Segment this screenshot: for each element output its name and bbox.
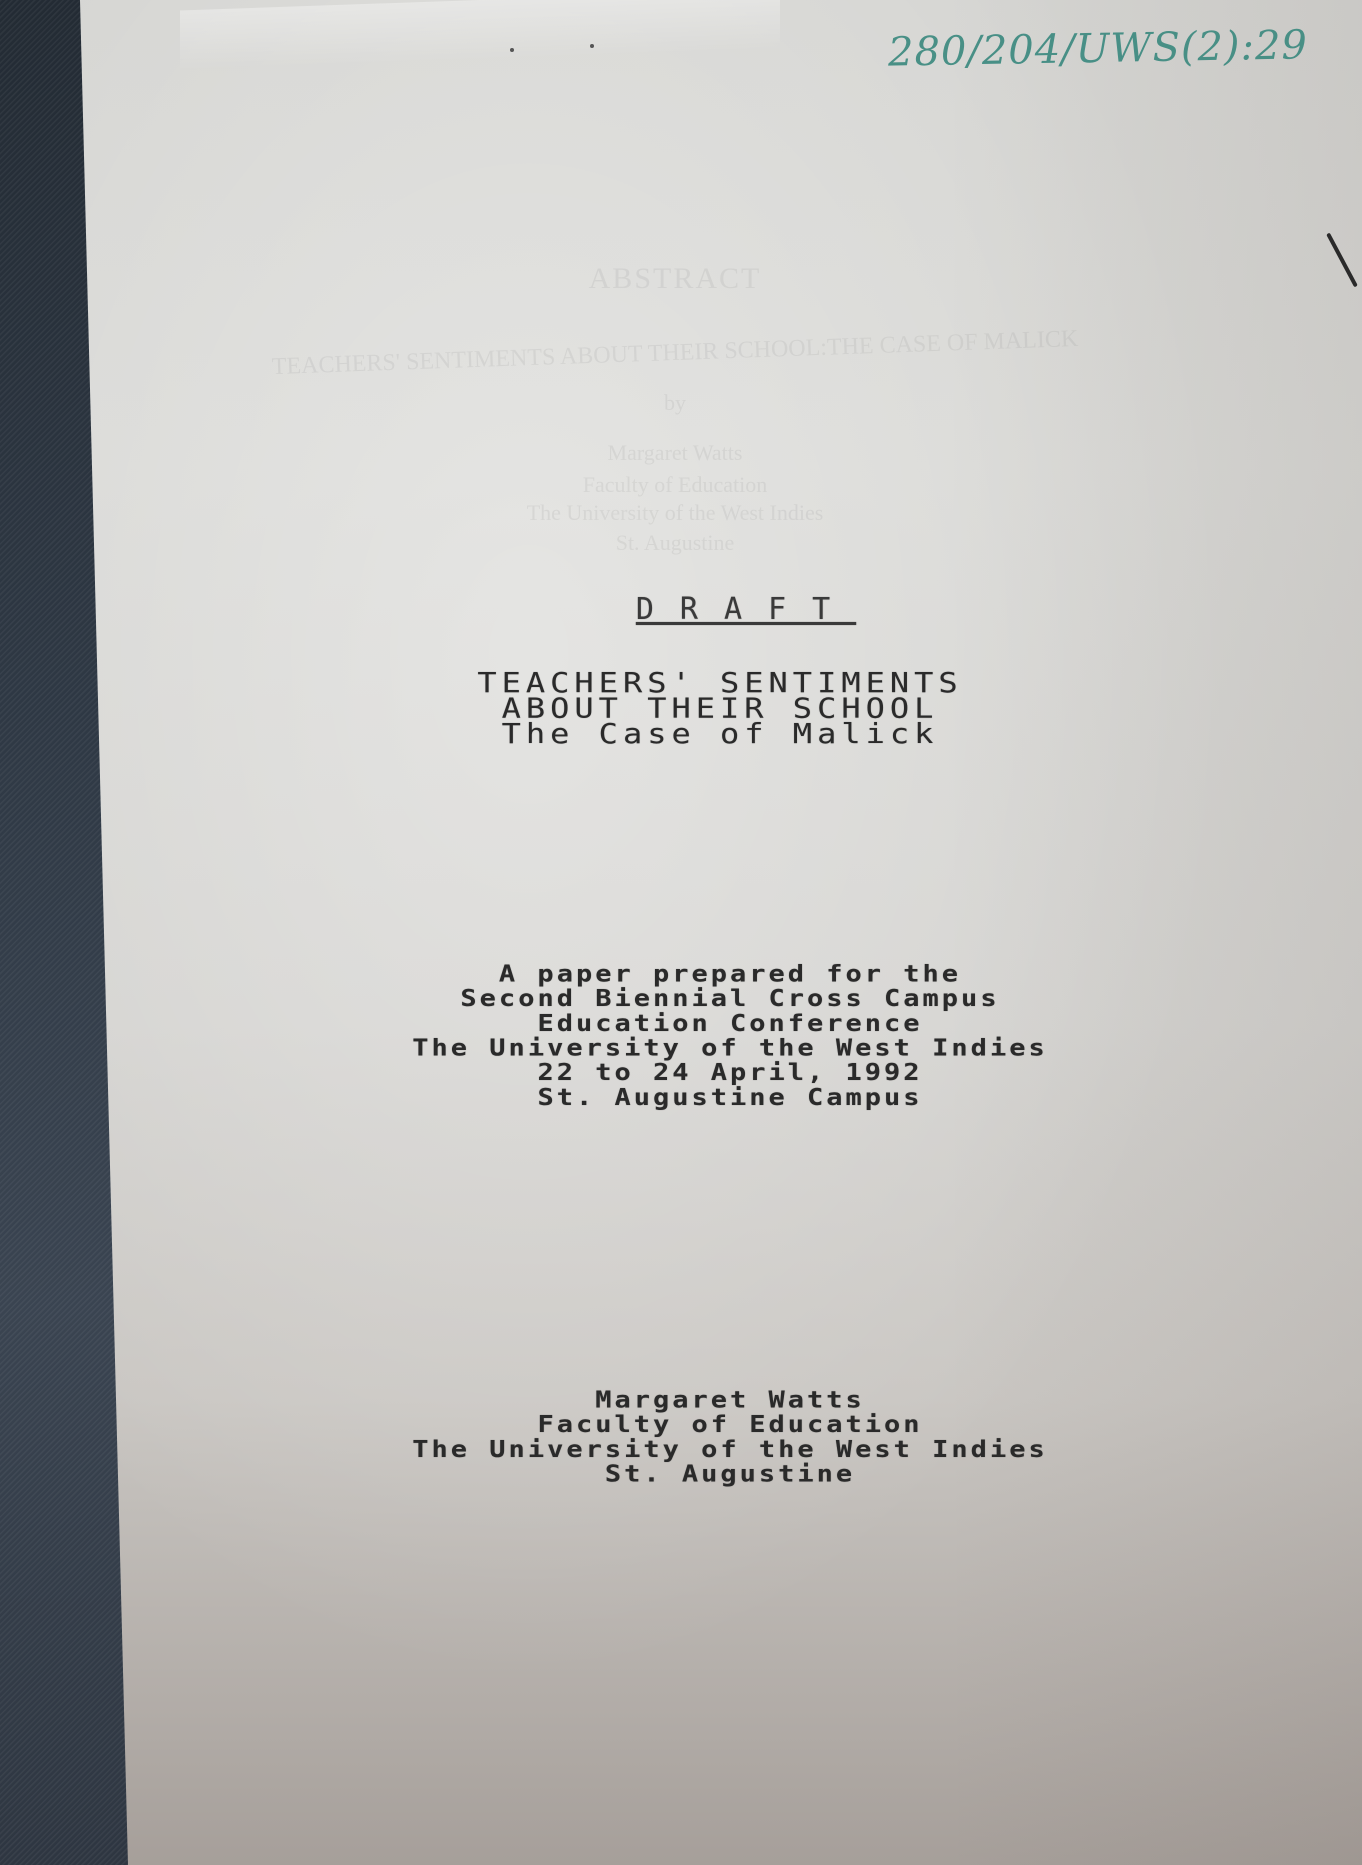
conference-info: A paper prepared for the Second Biennial… [210,962,1250,1110]
author-line: Margaret Watts [210,1388,1250,1413]
author-line: The University of the West Indies [210,1437,1250,1462]
bleedthrough-line: Faculty of Education [150,472,1200,498]
author-line: Faculty of Education [210,1413,1250,1438]
bleedthrough-line: Margaret Watts [150,440,1200,466]
draft-label: DRAFT [200,592,1266,627]
author-info: Margaret Watts Faculty of Education The … [210,1388,1250,1487]
conference-line: A paper prepared for the [210,962,1250,987]
light-reflection [180,0,780,70]
conference-line: The University of the West Indies [210,1036,1250,1061]
document-title: TEACHERS' SENTIMENTS ABOUT THEIR SCHOOL … [200,670,1240,747]
speck [510,48,514,52]
bleedthrough-heading: ABSTRACT [150,262,1200,296]
conference-line: Education Conference [210,1011,1250,1036]
speck [590,44,594,48]
handwritten-call-number: 280/204/UWS(2):29 [888,22,1309,75]
author-line: St. Augustine [210,1462,1250,1487]
bleedthrough-line: The University of the West Indies [150,500,1200,526]
bleedthrough-by: by [150,390,1200,416]
bleedthrough-line: St. Augustine [150,530,1200,556]
title-line: The Case of Malick [200,721,1240,747]
conference-line: St. Augustine Campus [210,1085,1250,1110]
conference-line: Second Biennial Cross Campus [210,987,1250,1012]
conference-line: 22 to 24 April, 1992 [210,1061,1250,1086]
